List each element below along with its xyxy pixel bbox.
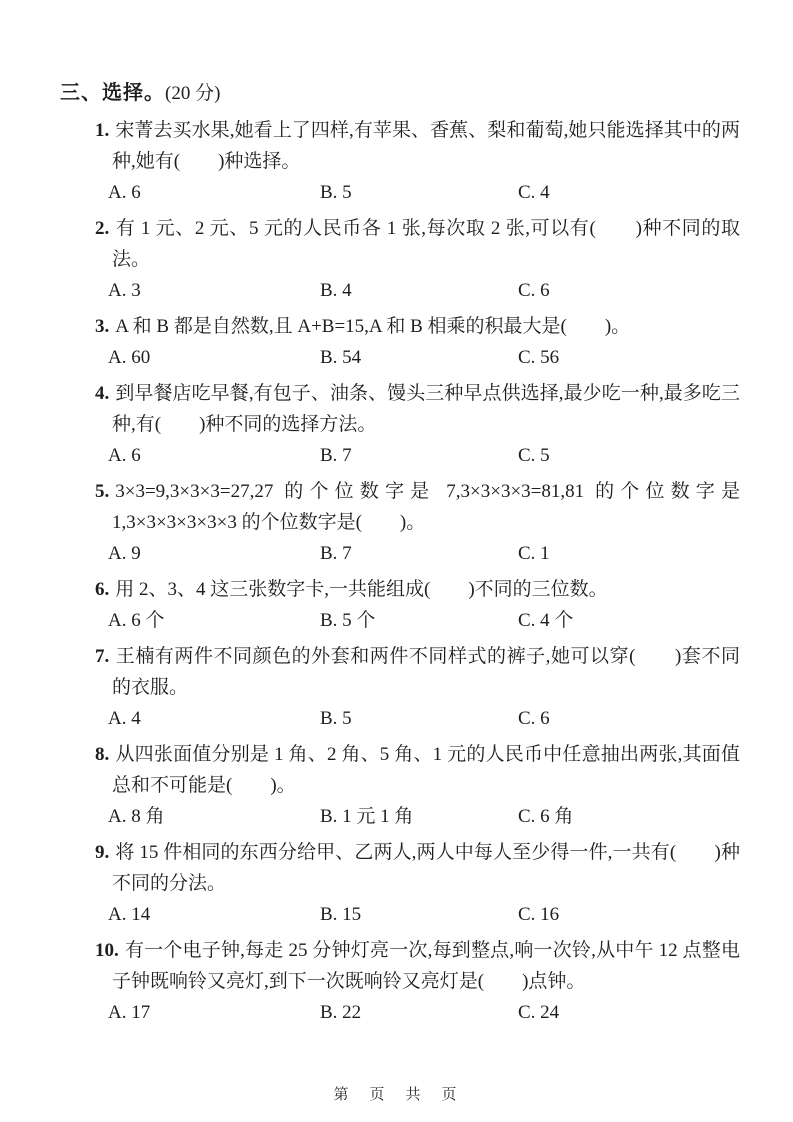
question-5: 5.3×3=9,3×3×3=27,27 的个位数字是 7,3×3×3×3=81,… [60,476,740,569]
option-a: A. 60 [108,342,320,373]
option-b: B. 7 [320,440,518,471]
option-a: A. 17 [108,997,320,1028]
option-b: B. 22 [320,997,518,1028]
question-text: 到早餐店吃早餐,有包子、油条、馒头三种早点供选择,最少吃一种,最多吃三种,有( … [112,383,740,435]
question-2-options: A. 3 B. 4 C. 6 [60,275,740,306]
question-text: 从四张面值分别是 1 角、2 角、5 角、1 元的人民币中任意抽出两张,其面值总… [112,744,740,796]
question-text: 将 15 件相同的东西分给甲、乙两人,两人中每人至少得一件,一共有( )种不同的… [112,842,740,894]
multiple-choice-section: 三、选择。(20 分) 1.宋菁去买水果,她看上了四样,有苹果、香蕉、梨和葡萄,… [60,78,740,1028]
option-c: C. 6 角 [518,801,740,832]
question-2: 2.有 1 元、2 元、5 元的人民币各 1 张,每次取 2 张,可以有( )种… [60,213,740,306]
option-c: C. 16 [518,899,740,930]
question-1-options: A. 6 B. 5 C. 4 [60,177,740,208]
option-c: C. 56 [518,342,740,373]
question-6: 6.用 2、3、4 这三张数字卡,一共能组成( )不同的三位数。 A. 6 个 … [60,574,740,636]
option-a: A. 8 角 [108,801,320,832]
question-8: 8.从四张面值分别是 1 角、2 角、5 角、1 元的人民币中任意抽出两张,其面… [60,739,740,832]
question-number: 2. [95,218,115,239]
option-a: A. 6 [108,177,320,208]
question-text: 王楠有两件不同颜色的外套和两件不同样式的裤子,她可以穿( )套不同的衣服。 [112,646,740,698]
question-number: 1. [95,120,115,141]
option-c: C. 6 [518,703,740,734]
question-number: 7. [95,646,115,667]
option-a: A. 6 个 [108,605,320,636]
question-1: 1.宋菁去买水果,她看上了四样,有苹果、香蕉、梨和葡萄,她只能选择其中的两种,她… [60,115,740,208]
question-number: 4. [95,383,115,404]
question-text: 有 1 元、2 元、5 元的人民币各 1 张,每次取 2 张,可以有( )种不同… [112,218,740,270]
option-b: B. 15 [320,899,518,930]
option-b: B. 4 [320,275,518,306]
page-footer: 第 页 共 页 [0,1083,793,1104]
question-text: 宋菁去买水果,她看上了四样,有苹果、香蕉、梨和葡萄,她只能选择其中的两种,她有(… [112,120,740,172]
option-c: C. 4 个 [518,605,740,636]
question-number: 9. [95,842,115,863]
option-b: B. 54 [320,342,518,373]
question-4: 4.到早餐店吃早餐,有包子、油条、馒头三种早点供选择,最少吃一种,最多吃三种,有… [60,378,740,471]
section-title: 三、选择。(20 分) [60,78,740,109]
question-3-options: A. 60 B. 54 C. 56 [60,342,740,373]
option-a: A. 6 [108,440,320,471]
question-10: 10.有一个电子钟,每走 25 分钟灯亮一次,每到整点,响一次铃,从中午 12 … [60,935,740,1028]
question-number: 6. [95,579,115,600]
option-b: B. 1 元 1 角 [320,801,518,832]
question-3: 3.A 和 B 都是自然数,且 A+B=15,A 和 B 相乘的积最大是( )。… [60,311,740,373]
question-6-line: 6.用 2、3、4 这三张数字卡,一共能组成( )不同的三位数。 [60,574,740,605]
question-3-line: 3.A 和 B 都是自然数,且 A+B=15,A 和 B 相乘的积最大是( )。 [60,311,740,342]
question-number: 3. [95,316,115,337]
question-9-options: A. 14 B. 15 C. 16 [60,899,740,930]
question-7-line: 7.王楠有两件不同颜色的外套和两件不同样式的裤子,她可以穿( )套不同的衣服。 [60,641,740,703]
option-b: B. 7 [320,538,518,569]
option-c: C. 24 [518,997,740,1028]
option-a: A. 14 [108,899,320,930]
question-8-options: A. 8 角 B. 1 元 1 角 C. 6 角 [60,801,740,832]
section-title-text: 三、选择。 [60,82,165,104]
question-text: 用 2、3、4 这三张数字卡,一共能组成( )不同的三位数。 [115,579,607,600]
option-a: A. 4 [108,703,320,734]
question-7: 7.王楠有两件不同颜色的外套和两件不同样式的裤子,她可以穿( )套不同的衣服。 … [60,641,740,734]
question-text: 3×3=9,3×3×3=27,27 的个位数字是 7,3×3×3×3=81,81… [112,481,740,533]
option-c: C. 6 [518,275,740,306]
option-c: C. 4 [518,177,740,208]
question-9: 9.将 15 件相同的东西分给甲、乙两人,两人中每人至少得一件,一共有( )种不… [60,837,740,930]
question-2-line: 2.有 1 元、2 元、5 元的人民币各 1 张,每次取 2 张,可以有( )种… [60,213,740,275]
question-number: 5. [95,481,115,502]
question-text: A 和 B 都是自然数,且 A+B=15,A 和 B 相乘的积最大是( )。 [115,316,630,337]
question-7-options: A. 4 B. 5 C. 6 [60,703,740,734]
question-8-line: 8.从四张面值分别是 1 角、2 角、5 角、1 元的人民币中任意抽出两张,其面… [60,739,740,801]
question-6-options: A. 6 个 B. 5 个 C. 4 个 [60,605,740,636]
question-5-line: 5.3×3=9,3×3×3=27,27 的个位数字是 7,3×3×3×3=81,… [60,476,740,538]
question-4-line: 4.到早餐店吃早餐,有包子、油条、馒头三种早点供选择,最少吃一种,最多吃三种,有… [60,378,740,440]
question-4-options: A. 6 B. 7 C. 5 [60,440,740,471]
question-10-options: A. 17 B. 22 C. 24 [60,997,740,1028]
option-b: B. 5 [320,177,518,208]
question-5-options: A. 9 B. 7 C. 1 [60,538,740,569]
question-number: 8. [95,744,115,765]
option-a: A. 9 [108,538,320,569]
question-number: 10. [95,940,125,961]
option-b: B. 5 个 [320,605,518,636]
question-9-line: 9.将 15 件相同的东西分给甲、乙两人,两人中每人至少得一件,一共有( )种不… [60,837,740,899]
section-title-score: (20 分) [165,83,220,104]
option-a: A. 3 [108,275,320,306]
option-b: B. 5 [320,703,518,734]
worksheet-page: 三、选择。(20 分) 1.宋菁去买水果,她看上了四样,有苹果、香蕉、梨和葡萄,… [0,0,793,1122]
question-1-line: 1.宋菁去买水果,她看上了四样,有苹果、香蕉、梨和葡萄,她只能选择其中的两种,她… [60,115,740,177]
question-10-line: 10.有一个电子钟,每走 25 分钟灯亮一次,每到整点,响一次铃,从中午 12 … [60,935,740,997]
option-c: C. 5 [518,440,740,471]
question-text: 有一个电子钟,每走 25 分钟灯亮一次,每到整点,响一次铃,从中午 12 点整电… [112,940,740,992]
option-c: C. 1 [518,538,740,569]
